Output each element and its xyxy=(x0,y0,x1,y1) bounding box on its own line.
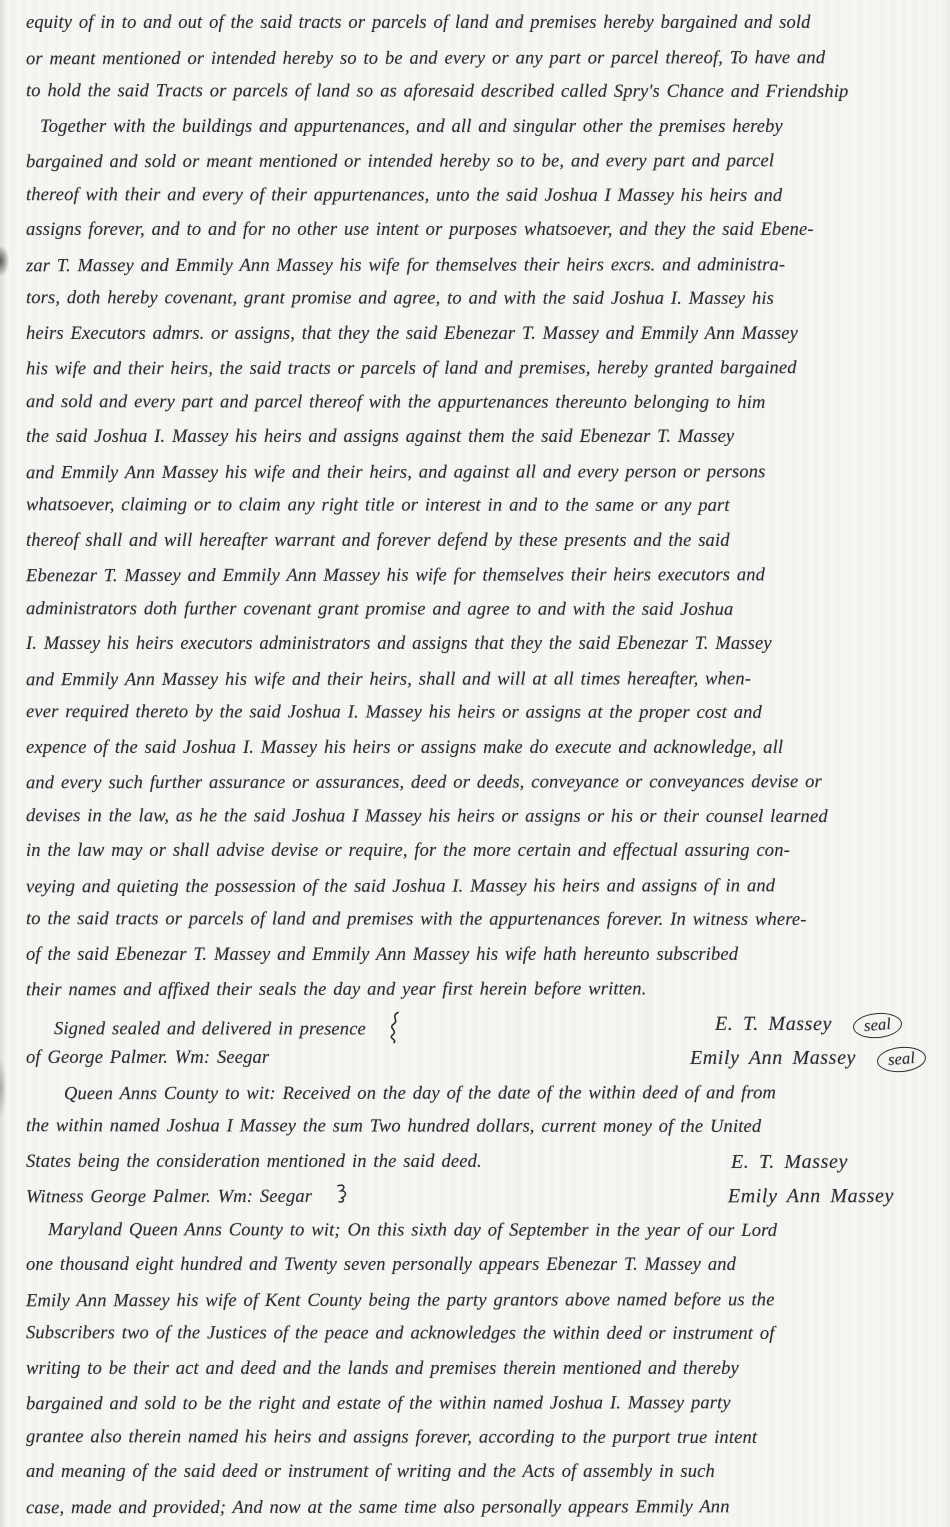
deed-body-line: of the said Ebenezar T. Massey and Emmil… xyxy=(26,938,926,973)
deed-body-line: tors, doth hereby covenant, grant promis… xyxy=(26,281,926,316)
deed-body-line: assigns forever, and to and for no other… xyxy=(26,213,926,248)
seal-badge: seal xyxy=(852,1010,903,1039)
deed-body-line: the said Joshua I. Massey his heirs and … xyxy=(26,420,926,455)
attestation-row-1: Signed sealed and delivered in presence … xyxy=(26,1006,926,1041)
attestation-brace-icon xyxy=(387,1010,402,1044)
deed-body-line: heirs Executors admrs. or assigns, that … xyxy=(26,317,926,352)
receipt-line: the within named Joshua I Massey the sum… xyxy=(26,1109,926,1144)
signature-et-massey: E. T. Massey xyxy=(715,1012,832,1034)
acknowledgment-line: and meaning of the said deed or instrume… xyxy=(26,1455,926,1490)
acknowledgment-line: Subscribers two of the Justices of the p… xyxy=(26,1316,926,1351)
receipt-row-signature-1: States being the consideration mentioned… xyxy=(26,1145,926,1180)
deed-body-line: bargained and sold or meant mentioned or… xyxy=(26,144,926,180)
deed-body-line: expence of the said Joshua I. Massey his… xyxy=(26,731,926,766)
deed-body-line: thereof with their and every of their ap… xyxy=(26,178,926,213)
deed-body-line: zar T. Massey and Emmily Ann Massey his … xyxy=(26,247,926,283)
ink-smudge xyxy=(0,246,9,276)
deed-body-line: and Emmily Ann Massey his wife and their… xyxy=(26,661,926,697)
deed-body-line: to hold the said Tracts or parcels of la… xyxy=(26,74,926,109)
deed-body-line: to the said tracts or parcels of land an… xyxy=(26,902,926,937)
acknowledgment-line: bargained and sold to be the right and e… xyxy=(26,1386,926,1422)
signature-emily-ann-massey: Emily Ann Massey xyxy=(690,1047,856,1069)
receipt-witness-text: Witness George Palmer. Wm: Seegar xyxy=(26,1180,348,1215)
deed-body-line: thereof shall and will hereafter warrant… xyxy=(26,524,926,559)
deed-body-line: and sold and every part and parcel there… xyxy=(26,385,926,420)
deed-manuscript-page: equity of in to and out of the said trac… xyxy=(0,0,950,1527)
receipt-line: Queen Anns County to wit: Received on th… xyxy=(26,1075,926,1111)
deed-body-line: and every such further assurance or assu… xyxy=(26,765,926,801)
attestation-presence-text: Signed sealed and delivered in presence xyxy=(26,1000,402,1047)
deed-body-line: or meant mentioned or intended hereby so… xyxy=(26,40,926,76)
deed-body-line: administrators doth further covenant gra… xyxy=(26,592,926,627)
deed-body-line: in the law may or shall advise devise or… xyxy=(26,834,926,869)
seal-badge: seal xyxy=(876,1045,927,1074)
acknowledgment-line: grantee also therein named his heirs and… xyxy=(26,1420,926,1455)
deed-body-line: devises in the law, as he the said Joshu… xyxy=(26,799,926,834)
deed-body-line: I. Massey his heirs executors administra… xyxy=(26,627,926,662)
receipt-consideration-text: States being the consideration mentioned… xyxy=(26,1145,482,1180)
deed-body-line: Together with the buildings and appurten… xyxy=(26,110,926,145)
deed-body-line: and Emmily Ann Massey his wife and their… xyxy=(26,454,926,490)
signature-group-et-massey: E. T. Massey seal xyxy=(715,1006,902,1042)
deed-body-line: whatsoever, claiming or to claim any rig… xyxy=(26,488,926,523)
deed-body-line: equity of in to and out of the said trac… xyxy=(26,6,926,41)
receipt-signature-et-massey: E. T. Massey xyxy=(731,1145,848,1180)
acknowledgment-line: one thousand eight hundred and Twenty se… xyxy=(26,1248,926,1283)
receipt-witness-label: Witness George Palmer. Wm: Seegar xyxy=(26,1187,312,1207)
deed-body-line: veying and quieting the possession of th… xyxy=(26,868,926,904)
acknowledgment-line: case, made and provided; And now at the … xyxy=(26,1489,926,1525)
deed-body-line: ever required thereto by the said Joshua… xyxy=(26,695,926,730)
acknowledgment-line: Emily Ann Massey his wife of Kent County… xyxy=(26,1282,926,1318)
deed-body-line: his wife and their heirs, the said tract… xyxy=(26,351,926,387)
witness-flourish-icon xyxy=(335,1183,348,1205)
receipt-signature-emily-ann-massey: Emily Ann Massey xyxy=(728,1179,894,1214)
receipt-row-signature-2: Witness George Palmer. Wm: Seegar Emily … xyxy=(26,1179,926,1215)
attestation-presence-label: Signed sealed and delivered in presence xyxy=(54,1019,366,1039)
paper-shadow xyxy=(0,1058,7,1118)
signature-group-emily-ann-massey: Emily Ann Massey seal xyxy=(690,1041,926,1077)
acknowledgment-line: Maryland Queen Anns County to wit; On th… xyxy=(26,1213,926,1248)
deed-body-line: Ebenezar T. Massey and Emmily Ann Massey… xyxy=(26,558,926,594)
acknowledgment-line: writing to be their act and deed and the… xyxy=(26,1352,926,1387)
